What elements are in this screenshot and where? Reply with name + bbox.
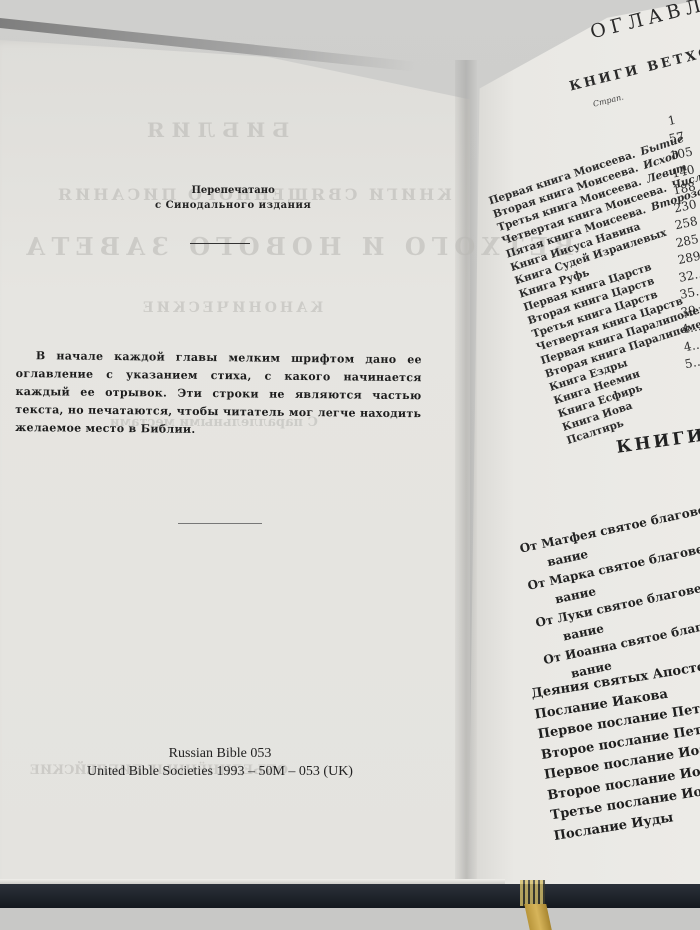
- old-testament-heading: КНИГИ ВЕТХО…: [568, 41, 700, 95]
- old-testament-page-numbers: 15710514018823025828528932…35…39…4…4…5…: [668, 110, 700, 443]
- gospels-list: От Матфея святое благовество-ваниеОт Мар…: [518, 493, 700, 689]
- new-testament-heading: КНИГИ: [615, 425, 700, 457]
- toc-title: ОГЛАВЛ…: [588, 0, 700, 43]
- headband: [520, 880, 545, 906]
- page-number: 5…: [683, 353, 700, 375]
- page-column-label: Страп.: [592, 92, 625, 108]
- table-of-contents: ОГЛАВЛ… КНИГИ ВЕТХО… Страп. Первая книга…: [0, 0, 700, 930]
- page-number: [687, 406, 700, 427]
- page-number: [686, 388, 700, 410]
- book-cover-bottom: [0, 884, 700, 908]
- new-testament-list: Деяния святых АпостоловПослание ИаковаПе…: [530, 653, 700, 847]
